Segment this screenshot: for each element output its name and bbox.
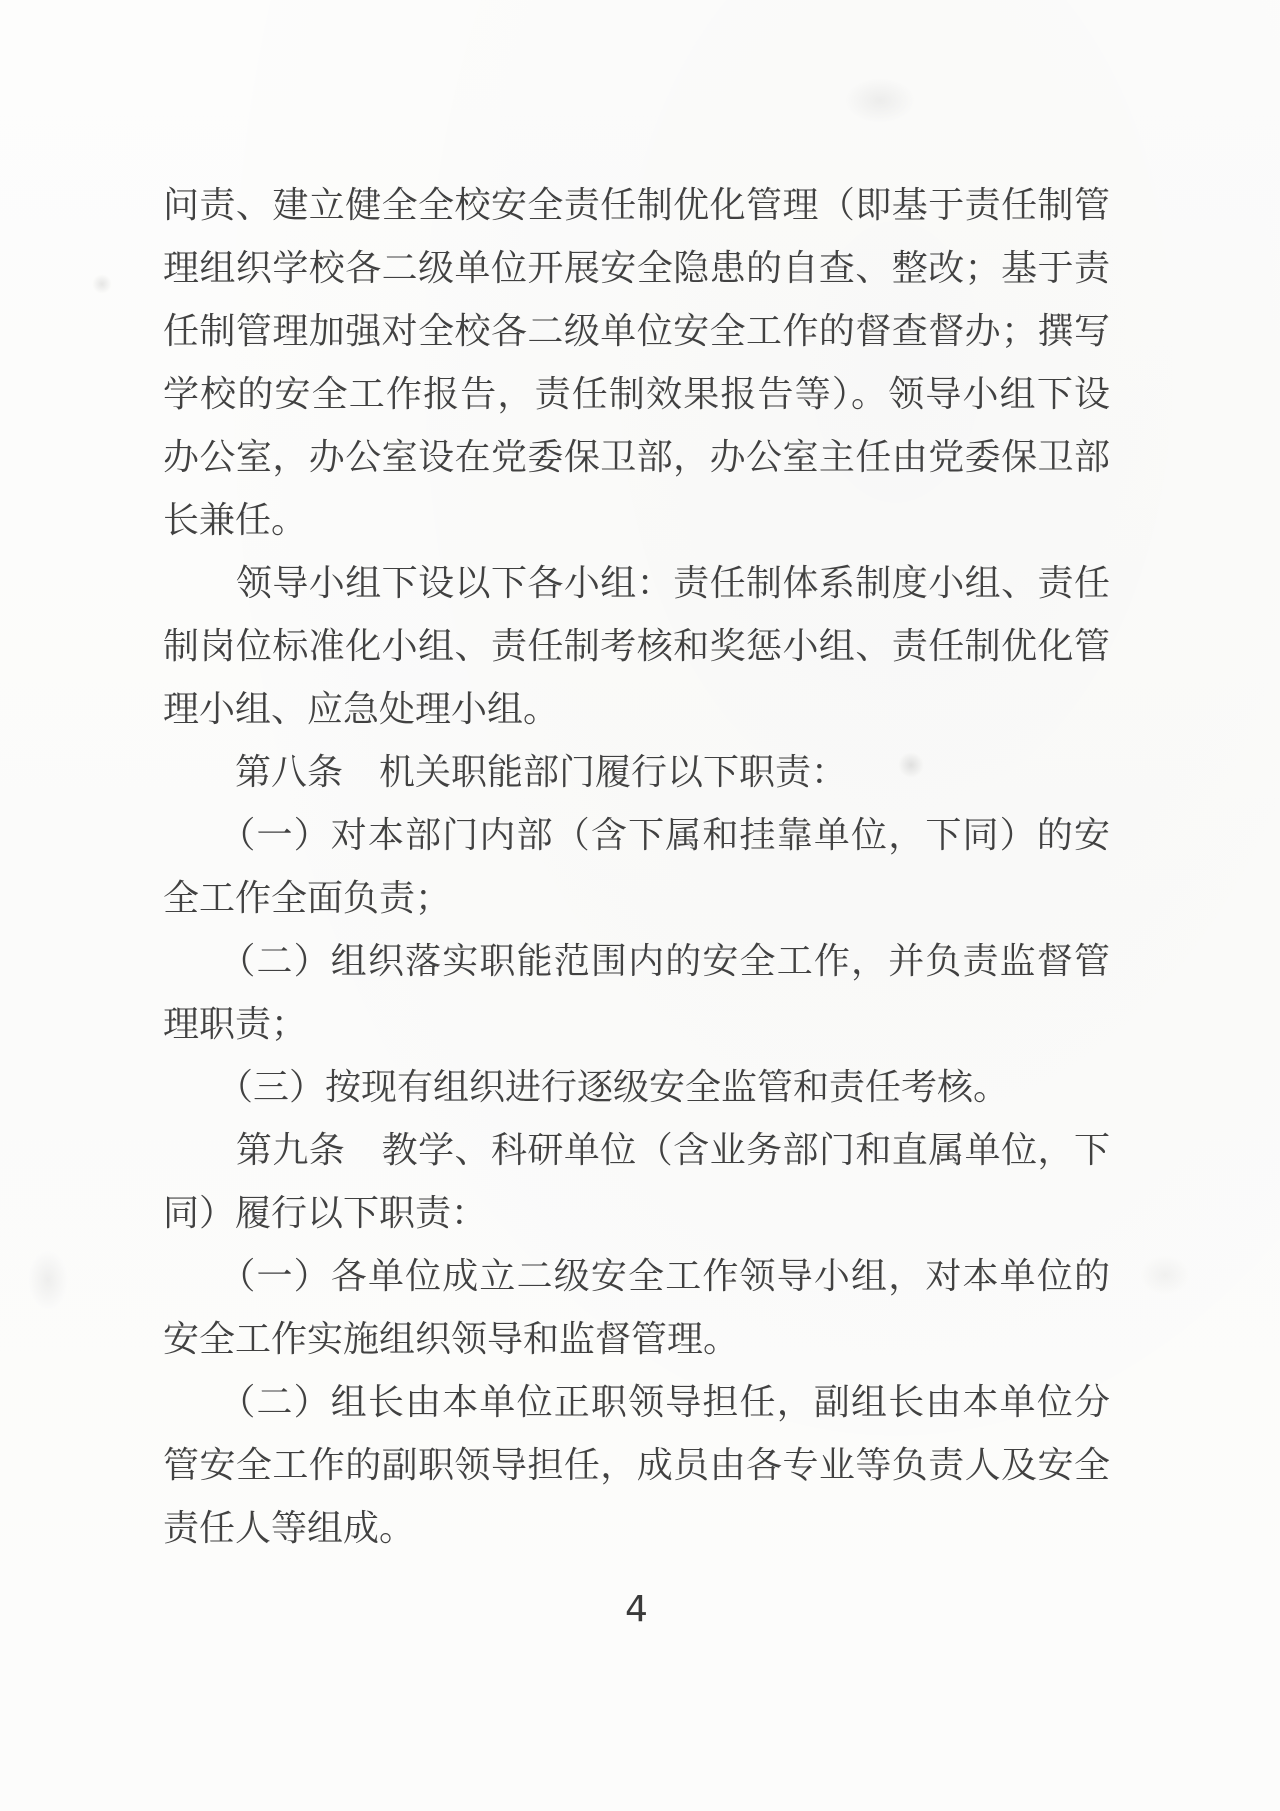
paragraph: （一）对本部门内部（含下属和挂靠单位，下同）的安全工作全面负责；	[163, 804, 1110, 930]
scan-smudge	[845, 78, 915, 123]
page-number: 4	[163, 1578, 1110, 1641]
text-line: 安全工作实施组织领导和监督管理。	[163, 1308, 1110, 1371]
text-line: 第八条 机关职能部门履行以下职责：	[163, 741, 1110, 804]
text-line: 领导小组下设以下各小组：责任制体系制度小组、责任	[163, 552, 1110, 615]
text-line: 制岗位标准化小组、责任制考核和奖惩小组、责任制优化管	[163, 615, 1110, 678]
text-line: 任制管理加强对全校各二级单位安全工作的督查督办；撰写	[163, 300, 1110, 363]
text-line: 问责、建立健全全校安全责任制优化管理（即基于责任制管	[163, 174, 1110, 237]
paragraph: 领导小组下设以下各小组：责任制体系制度小组、责任制岗位标准化小组、责任制考核和奖…	[163, 552, 1110, 741]
scan-smudge	[28, 1250, 68, 1310]
paragraph: （二）组织落实职能范围内的安全工作，并负责监督管理职责；	[163, 930, 1110, 1056]
text-line: 办公室，办公室设在党委保卫部，办公室主任由党委保卫部	[163, 426, 1110, 489]
paragraph: （二）组长由本单位正职领导担任，副组长由本单位分管安全工作的副职领导担任，成员由…	[163, 1371, 1110, 1560]
text-line: （二）组织落实职能范围内的安全工作，并负责监督管	[163, 930, 1110, 993]
scan-smudge	[1140, 1255, 1190, 1295]
text-line: 理组织学校各二级单位开展安全隐患的自查、整改；基于责	[163, 237, 1110, 300]
text-body: 问责、建立健全全校安全责任制优化管理（即基于责任制管理组织学校各二级单位开展安全…	[163, 174, 1110, 1560]
text-line: 长兼任。	[163, 489, 1110, 552]
text-line: 第九条 教学、科研单位（含业务部门和直属单位，下	[163, 1119, 1110, 1182]
text-line: （三）按现有组织进行逐级安全监管和责任考核。	[163, 1056, 1110, 1119]
paragraph: 问责、建立健全全校安全责任制优化管理（即基于责任制管理组织学校各二级单位开展安全…	[163, 174, 1110, 552]
text-line: 同）履行以下职责：	[163, 1182, 1110, 1245]
paragraph: （三）按现有组织进行逐级安全监管和责任考核。	[163, 1056, 1110, 1119]
text-line: 理职责；	[163, 993, 1110, 1056]
text-line: （二）组长由本单位正职领导担任，副组长由本单位分	[163, 1371, 1110, 1434]
text-line: 学校的安全工作报告，责任制效果报告等）。领导小组下设	[163, 363, 1110, 426]
text-line: 理小组、应急处理小组。	[163, 678, 1110, 741]
text-line: 责任人等组成。	[163, 1497, 1110, 1560]
text-line: 全工作全面负责；	[163, 867, 1110, 930]
scanned-page: 问责、建立健全全校安全责任制优化管理（即基于责任制管理组织学校各二级单位开展安全…	[0, 0, 1280, 1811]
paragraph: 第九条 教学、科研单位（含业务部门和直属单位，下同）履行以下职责：	[163, 1119, 1110, 1245]
paragraph: 第八条 机关职能部门履行以下职责：	[163, 741, 1110, 804]
paragraph: （一）各单位成立二级安全工作领导小组，对本单位的安全工作实施组织领导和监督管理。	[163, 1245, 1110, 1371]
text-line: 管安全工作的副职领导担任，成员由各专业等负责人及安全	[163, 1434, 1110, 1497]
scan-smudge	[92, 274, 112, 294]
text-line: （一）对本部门内部（含下属和挂靠单位，下同）的安	[163, 804, 1110, 867]
text-line: （一）各单位成立二级安全工作领导小组，对本单位的	[163, 1245, 1110, 1308]
